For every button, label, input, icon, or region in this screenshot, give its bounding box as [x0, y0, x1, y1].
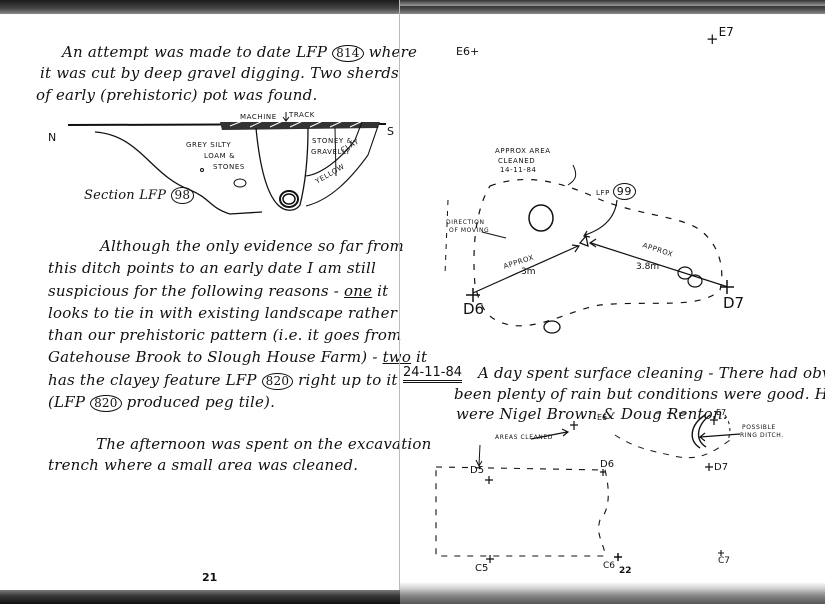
label-22: 22 — [619, 566, 632, 576]
text: Gatehouse Brook to Slough House Farm) - — [48, 348, 378, 366]
para2-line4: looks to tie in with existing landscape … — [48, 304, 397, 322]
label-north: N — [48, 131, 56, 144]
label-e7-plan2: E7 — [716, 408, 726, 417]
text: one — [344, 282, 372, 300]
para2-line5: than our prehistoric pattern (i.e. it go… — [48, 326, 402, 344]
text: it — [377, 282, 388, 300]
para2-line3: suspicious for the following reasons - o… — [48, 282, 388, 300]
text: suspicious for the following reasons - — [48, 282, 339, 300]
scan-edge-bottom-right — [400, 582, 825, 604]
label-c5: C5 — [475, 563, 488, 574]
page-number: 21 — [202, 571, 217, 584]
section-sketch — [0, 0, 399, 604]
plan-sketch-2 — [400, 0, 825, 604]
text: has the clayey feature LFP — [48, 371, 257, 389]
label-c6: C6 — [603, 561, 615, 571]
text: (LFP — [48, 393, 85, 411]
para2-line1: Although the only evidence so far from — [100, 237, 404, 255]
text: produced peg tile). — [127, 393, 275, 411]
label-stones: Stones — [213, 163, 245, 171]
text: Section LFP — [84, 188, 166, 203]
label-e6-plan2: E6 — [597, 413, 607, 422]
para3-line1: The afternoon was spent on the excavatio… — [96, 435, 432, 453]
feature-circle-820-b: 820 — [90, 395, 122, 412]
label-grey-silty: Grey Silty — [186, 141, 231, 149]
label-ring-ditch: Ring Ditch. — [740, 432, 784, 439]
label-areas-cleaned: Areas Cleaned — [495, 434, 553, 441]
label-d6-plan2: D6 — [600, 459, 614, 470]
label-d7-plan2: D7 — [714, 462, 728, 473]
label-track: Track — [289, 111, 315, 119]
para2-line8: (LFP 820 produced peg tile). — [48, 393, 275, 412]
para2-line6: Gatehouse Brook to Slough House Farm) - … — [48, 348, 427, 366]
feature-circle-820: 820 — [262, 373, 294, 390]
label-loam: Loam & — [204, 152, 235, 160]
notebook-page-left: An attempt was made to date LFP 814 wher… — [0, 0, 399, 604]
para2-line7: has the clayey feature LFP 820 right up … — [48, 371, 398, 390]
para2-line2: this ditch points to an early date I am … — [48, 259, 376, 277]
feature-circle-98: 98 — [171, 187, 195, 204]
label-c7: C7 — [718, 556, 730, 566]
notebook-page-right: E6+ +E7 Approx Area Cleaned — [399, 0, 825, 604]
text: right up to it — [298, 371, 398, 389]
label-south: S — [387, 125, 394, 138]
label-d5: D5 — [470, 465, 484, 476]
scan-edge-bottom — [0, 590, 400, 604]
label-possible: Possible — [742, 424, 776, 431]
para3-line2: trench where a small area was cleaned. — [48, 456, 358, 474]
label-machine: Machine — [240, 113, 277, 121]
section-caption: Section LFP 98 — [84, 187, 194, 204]
